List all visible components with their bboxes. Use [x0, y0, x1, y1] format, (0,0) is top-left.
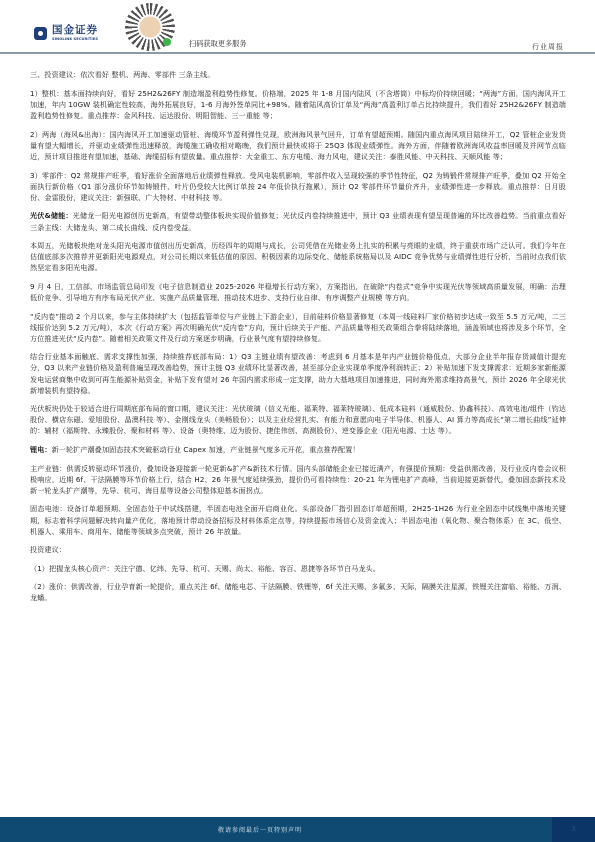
document-type-label: 行业周报 — [532, 42, 564, 52]
disclaimer-note: 敬请参阅最后一页特别声明 — [0, 825, 520, 834]
lithium-paragraph: 固态电池：设备订单超预期、全固态处于中试线搭建，半固态电池全面开启商业化。头部设… — [30, 503, 566, 536]
investment-advice-item: （1）把握龙头核心资产：关注宁德、亿纬、先导、杭可、天赐、尚太、裕能、容百、恩捷… — [30, 563, 566, 574]
qr-caption: 扫码获取更多服务 — [189, 39, 247, 49]
lithium-summary: 锂电：新一轮扩产潮叠加固态技术突破驱动行业 Capex 加速，产业链景气度多元开… — [30, 444, 566, 455]
investment-advice-item: （2）涨价：供需改善，行业孕育新一轮提价，重点关注 6f、储能电芯、干法隔膜、铁… — [30, 581, 566, 603]
lithium-heading: 锂电： — [30, 445, 52, 454]
lithium-paragraph: 主产业链：供需反转驱动环节涨价，叠加设备迎接新一轮更新&扩产&新技术行情。国内头… — [30, 463, 566, 496]
sinolink-logo: 国金证券 SINOLINK SECURITIES — [34, 25, 98, 41]
wind-turbine-paragraph: 1）整机：基本面持续向好，看好 25H2&26FY 制造端盈利趋势性修复。价格端… — [30, 88, 566, 121]
logo-chinese-name: 国金证券 — [52, 25, 98, 36]
pv-paragraph: 本周五，光储板块绝对龙头阳光电源市值创出历史新高，历经四年的周期与成长，公司凭借… — [30, 240, 566, 273]
wechat-badge-icon — [163, 38, 171, 46]
pv-paragraph: 9 月 4 日，工信部、市场监管总局印发《电子信息制造业 2025-2026 年… — [30, 281, 566, 303]
page-header: 国金证券 SINOLINK SECURITIES 扫码获取更多服务 行业周报 — [0, 0, 595, 52]
page-footer: 敬请参阅最后一页特别声明 3 — [0, 817, 595, 842]
page-number: 3 — [552, 825, 595, 833]
logo-mark-icon — [34, 27, 47, 40]
logo-english-name: SINOLINK SECURITIES — [52, 38, 98, 42]
offshore-overseas-paragraph: 2）两海（海风&出海）：国内海风开工加速驱动管桩、海缆环节盈利弹性兑现，欧洲海风… — [30, 129, 566, 162]
header-divider — [0, 52, 595, 54]
pv-paragraph: “反内卷”推动 2 个月以来，参与主体持续扩大（包括监管单位与产业链上下游企业）… — [30, 311, 566, 344]
investment-advice-title: 投资建议： — [30, 544, 566, 555]
pv-paragraph: 光伏板块仍处于较适合进行周期底部布局的窗口期，建议关注：光伏玻璃（信义光能、福莱… — [30, 403, 566, 436]
section-title: 三、投资建议：依次看好 整机、两海、零部件 三条主线。 — [30, 69, 566, 80]
components-paragraph: 3）零部件：Q2 常规排产旺季，看好涨价全面落地后业绩弹性释放。受风电装机影响，… — [30, 170, 566, 203]
pv-storage-summary: 光伏&储能：光储龙一阳光电源创历史新高，有望带动整体板块实现价值修复；光伏反内卷… — [30, 210, 566, 232]
pv-storage-heading: 光伏&储能： — [30, 211, 73, 220]
report-body: 三、投资建议：依次看好 整机、两海、零部件 三条主线。 1）整机：基本面持续向好… — [30, 69, 566, 611]
pv-paragraph: 结合行业基本面触底、需求支撑性加强，持续推荐底部布局：1）Q3 主链业绩有望改善… — [30, 351, 566, 395]
